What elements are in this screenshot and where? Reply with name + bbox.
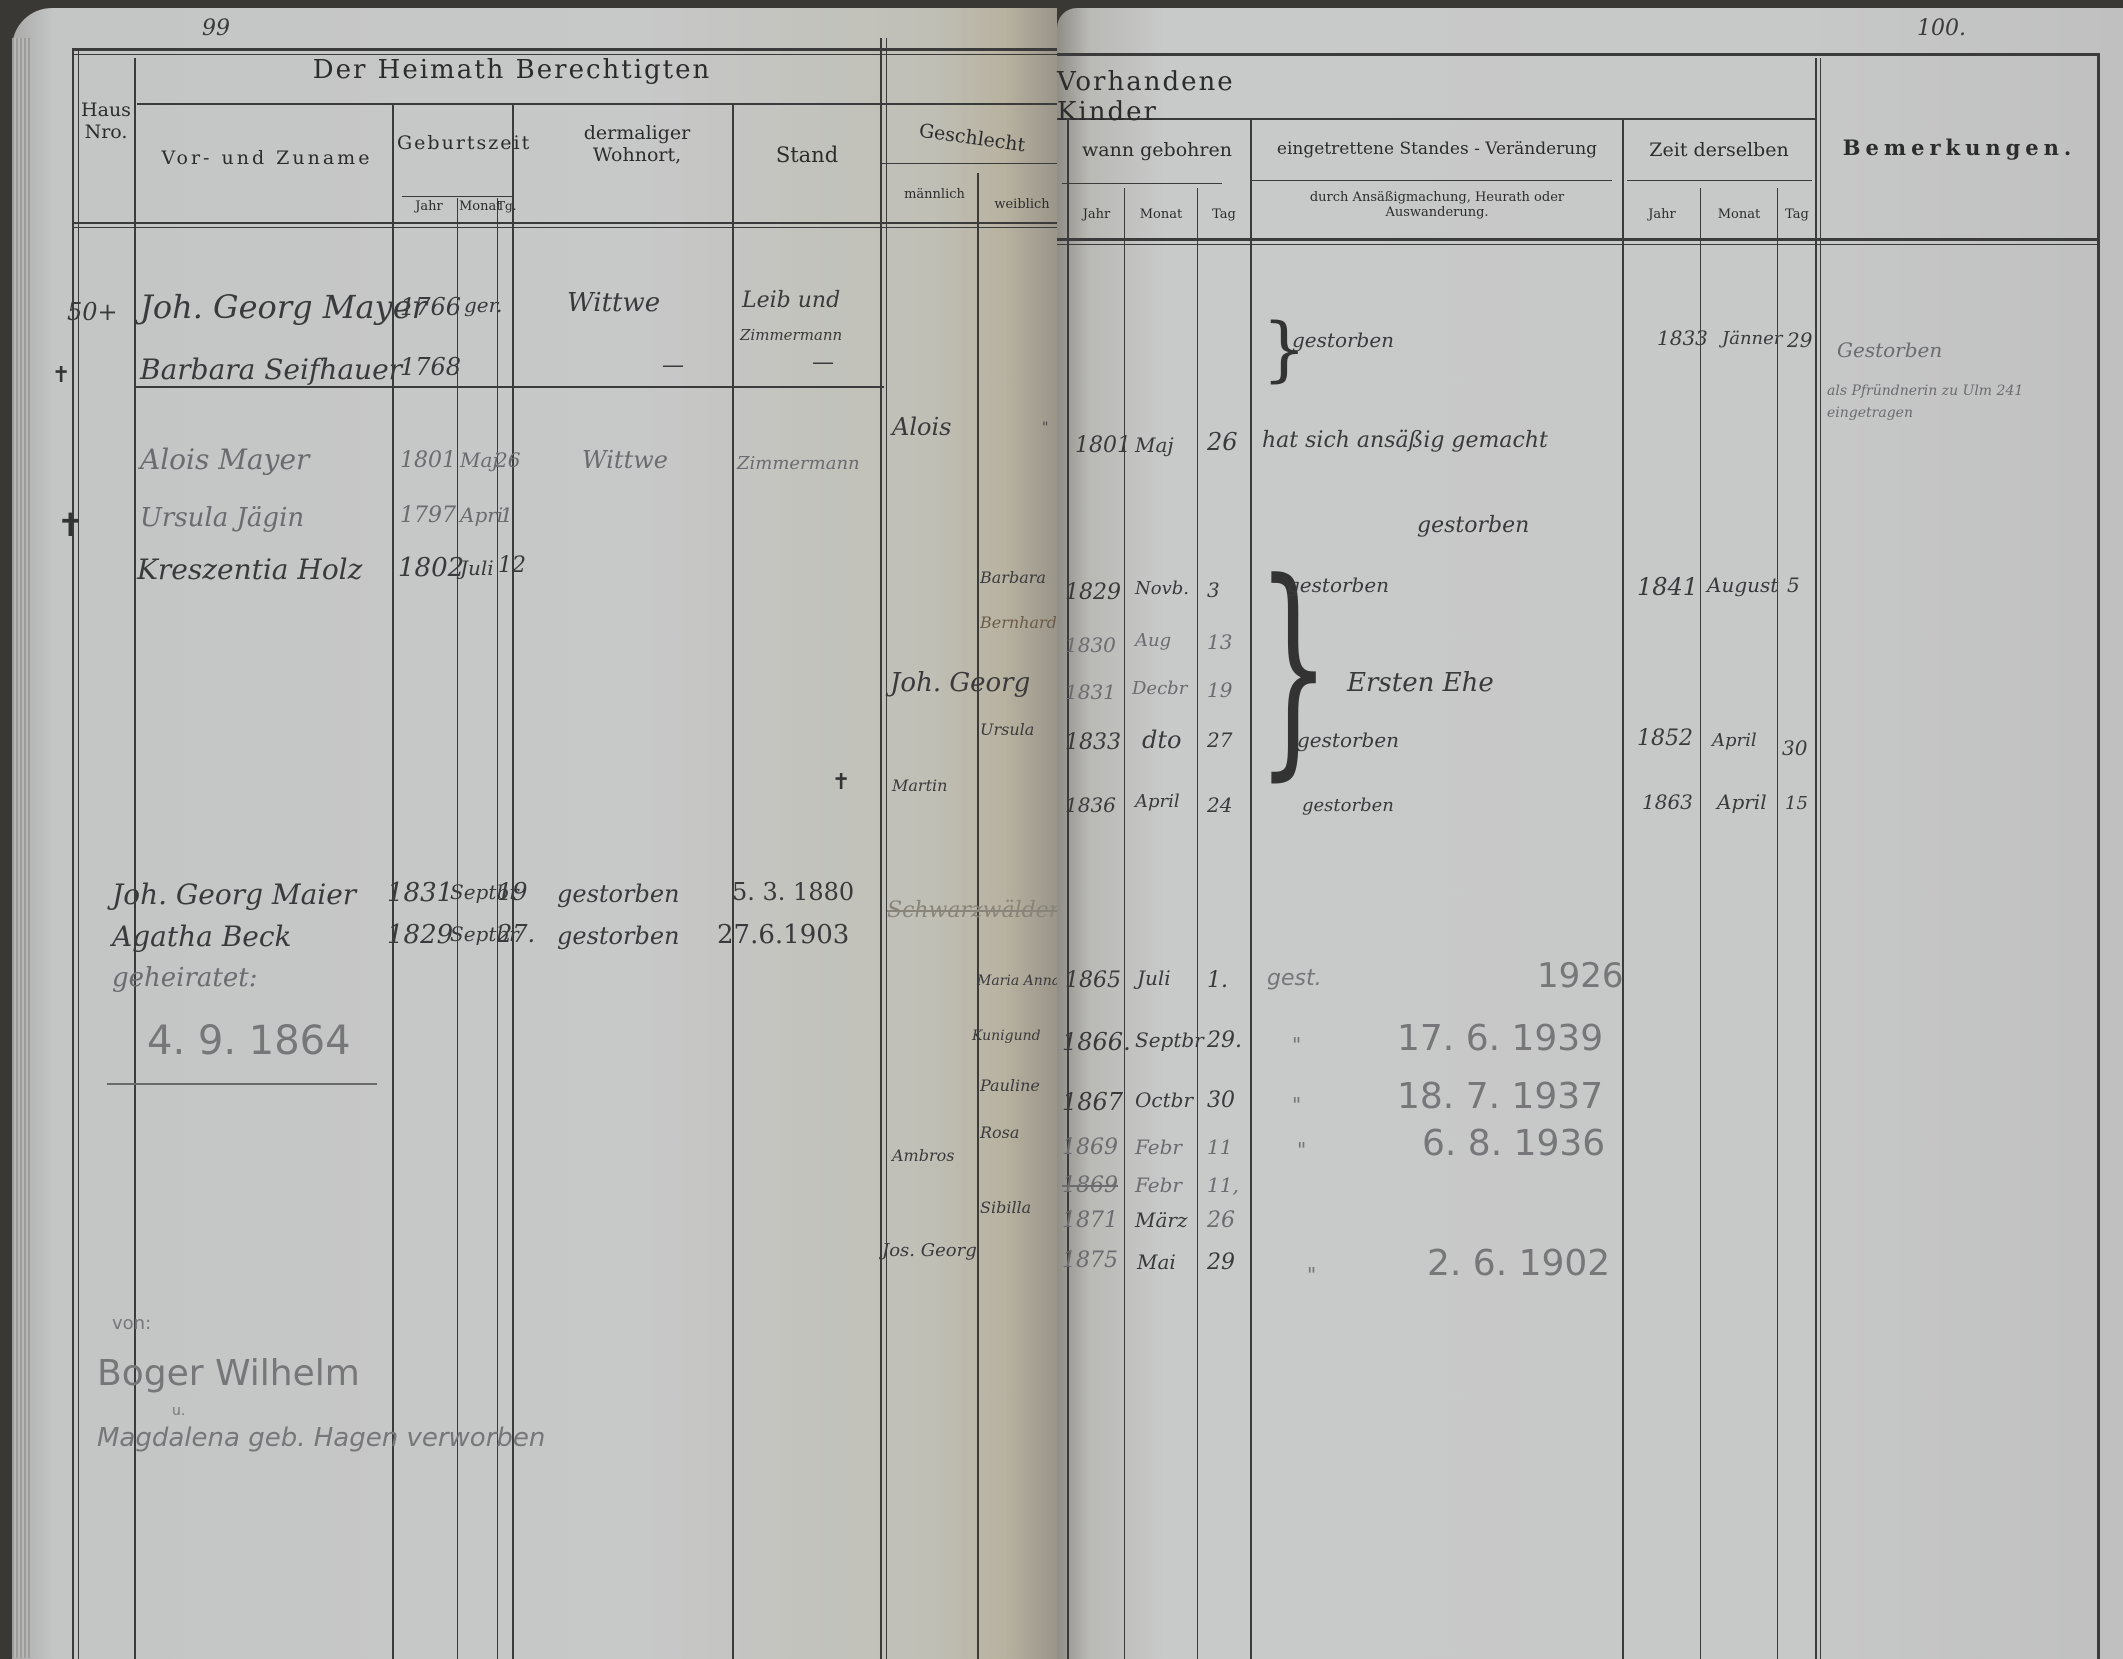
event-text: gestorben bbox=[1287, 573, 1389, 597]
event-date: 6. 8. 1936 bbox=[1422, 1123, 1605, 1164]
col-header-geschlecht: Geschlecht bbox=[891, 117, 1052, 161]
child-birth-day: 11, bbox=[1207, 1173, 1239, 1197]
col-header-haus-nro: Haus Nro. bbox=[78, 100, 134, 144]
child-birth-month: Decbr bbox=[1132, 678, 1187, 699]
event-year: 1833 bbox=[1657, 326, 1708, 350]
col-header-zeit-monat: Monat bbox=[1701, 208, 1777, 223]
entry-residence: Wittwe bbox=[582, 446, 668, 474]
pencil-note-line3: u. bbox=[172, 1403, 185, 1419]
entry-residence: gestorben bbox=[557, 922, 679, 950]
entry-name: Barbara Seifhauer bbox=[140, 353, 402, 386]
entry-residence: Wittwe bbox=[567, 288, 660, 318]
event-text: gest. bbox=[1267, 966, 1322, 991]
child-birth-day: 24 bbox=[1207, 793, 1232, 817]
entry-day: 1 bbox=[500, 503, 513, 527]
event-day: 5 bbox=[1787, 573, 1800, 597]
event-text: gestorben bbox=[1302, 795, 1394, 816]
child-birth-year-struck: 1869 bbox=[1062, 1173, 1118, 1198]
haus-number: 50+ bbox=[67, 298, 118, 326]
event-ditto: " bbox=[1307, 1263, 1316, 1287]
entry-name: Ursula Jägin bbox=[140, 503, 304, 533]
entry-year: 1831 bbox=[387, 878, 453, 908]
death-cross-icon: ✝ bbox=[52, 363, 70, 388]
entry-status-2: Zimmermann bbox=[740, 326, 842, 344]
entry-residence: — bbox=[662, 353, 684, 378]
entry-day: 19 bbox=[497, 878, 528, 906]
col-header-monat: Monat bbox=[459, 200, 497, 215]
col-header-name: Vor- und Zuname bbox=[152, 148, 382, 170]
group-header-heimath: Der Heimath Berechtigten bbox=[312, 56, 712, 86]
event-ditto: " bbox=[1292, 1033, 1301, 1057]
child-name-male: Jos. Georg bbox=[882, 1240, 977, 1261]
col-header-veraenderung-sub: durch Ansäßigmachung, Heurath oder Auswa… bbox=[1277, 191, 1597, 221]
death-cross-icon: ✝ bbox=[57, 506, 84, 544]
event-day: 15 bbox=[1785, 793, 1808, 814]
child-birth-year: 1866. bbox=[1062, 1028, 1131, 1056]
event-day: 29 bbox=[1787, 328, 1812, 352]
child-birth-month: Octbr bbox=[1135, 1088, 1193, 1112]
child-birth-month: Mai bbox=[1137, 1250, 1176, 1274]
child-name-female: Pauline bbox=[980, 1076, 1040, 1095]
child-birth-day: 13 bbox=[1207, 630, 1232, 654]
col-header-zeit-tag: Tag bbox=[1778, 208, 1816, 223]
remark-text: als Pfründnerin zu Ulm 241 eingetragen bbox=[1827, 380, 2087, 425]
child-birth-month: Septbr bbox=[1135, 1028, 1204, 1052]
event-month: Jänner bbox=[1722, 328, 1782, 349]
entry-status: 5. 3. 1880 bbox=[732, 878, 854, 906]
child-name-female: Rosa bbox=[980, 1123, 1019, 1142]
entry-year: 1829 bbox=[387, 920, 453, 950]
child-birth-month: Febr bbox=[1135, 1135, 1182, 1159]
left-page: 99 Der Heimath Berechtigten Haus Nro. Vo… bbox=[12, 8, 1057, 1659]
entry-month: ger. bbox=[464, 293, 502, 317]
child-birth-month: Aug bbox=[1135, 630, 1171, 651]
entry-year: 1766 bbox=[400, 293, 461, 321]
child-birth-year: 1867 bbox=[1062, 1088, 1123, 1116]
child-birth-day: 27 bbox=[1207, 728, 1232, 752]
child-birth-year: 1830 bbox=[1065, 633, 1116, 657]
group-header-kinder: Vorhandene Kinder bbox=[1057, 68, 1277, 128]
death-cross-icon: ✝ bbox=[832, 770, 850, 795]
event-text: gestorben bbox=[1297, 728, 1399, 752]
event-text: gestorben bbox=[1292, 328, 1394, 352]
event-day: 30 bbox=[1782, 736, 1807, 760]
page-stack-edge bbox=[12, 38, 32, 1658]
col-header-veraenderung: eingetrettene Standes - Veränderung bbox=[1252, 140, 1622, 160]
entry-name: Alois Mayer bbox=[140, 443, 309, 476]
child-birth-day: 3 bbox=[1207, 578, 1220, 602]
col-header-stand: Stand bbox=[752, 143, 862, 167]
child-birth-day: 11 bbox=[1207, 1135, 1232, 1159]
child-birth-month: März bbox=[1135, 1208, 1188, 1232]
event-month: April bbox=[1712, 730, 1757, 751]
event-month: April bbox=[1717, 790, 1767, 814]
entry-year: 1802 bbox=[398, 553, 464, 583]
right-page-number: 100. bbox=[1917, 16, 1966, 41]
event-year: 1852 bbox=[1637, 726, 1693, 751]
event-ditto: " bbox=[1297, 1138, 1306, 1162]
event-text: gestorben bbox=[1417, 513, 1529, 538]
entry-residence: gestorben bbox=[557, 880, 679, 908]
child-birth-month: Maj bbox=[1135, 433, 1174, 457]
event-year: 1841 bbox=[1637, 573, 1698, 601]
col-header-jahr: Jahr bbox=[404, 200, 454, 215]
col-header-maennlich: männlich bbox=[892, 188, 977, 203]
child-name-male: Ambros bbox=[892, 1146, 954, 1165]
event-date: 17. 6. 1939 bbox=[1397, 1018, 1603, 1059]
remark-text: Gestorben bbox=[1837, 338, 1942, 362]
pencil-note-line2: Boger Wilhelm bbox=[97, 1353, 360, 1394]
entry-status: Zimmermann bbox=[737, 453, 860, 474]
event-text: Ersten Ehe bbox=[1347, 668, 1494, 698]
right-page: 100. Vorhandene Kinder wann gebohren Jah… bbox=[1057, 8, 2123, 1659]
col-header-monat: Monat bbox=[1125, 208, 1197, 223]
marriage-date: 4. 9. 1864 bbox=[147, 1018, 351, 1064]
event-month: August bbox=[1707, 573, 1778, 597]
entry-year: 1797 bbox=[400, 503, 456, 528]
child-birth-month: Febr bbox=[1135, 1173, 1182, 1197]
entry-day: 27. bbox=[497, 920, 535, 948]
child-birth-month: Novb. bbox=[1135, 578, 1189, 599]
child-birth-day: 30 bbox=[1207, 1088, 1235, 1113]
open-register-book: 99 Der Heimath Berechtigten Haus Nro. Vo… bbox=[0, 0, 2123, 1659]
child-birth-year: 1801 bbox=[1075, 433, 1131, 458]
child-birth-day: 1. bbox=[1207, 968, 1228, 993]
col-header-zeit-jahr: Jahr bbox=[1624, 208, 1700, 223]
entry-month: Juli bbox=[460, 556, 494, 580]
child-name-female: Maria Anna bbox=[977, 973, 1060, 989]
col-header-jahr: Jahr bbox=[1069, 208, 1124, 223]
entry-name: Joh. Georg Maier bbox=[112, 878, 356, 911]
child-name-female: Bernhard bbox=[980, 613, 1057, 632]
col-header-geburtszeit: Geburtszeit bbox=[397, 133, 512, 155]
child-birth-day: 19 bbox=[1207, 678, 1232, 702]
child-name-female: Barbara bbox=[980, 568, 1046, 587]
child-birth-year: 1869 bbox=[1062, 1135, 1118, 1160]
event-date: 18. 7. 1937 bbox=[1397, 1076, 1603, 1117]
col-header-geboren: wann gebohren bbox=[1067, 140, 1247, 162]
entry-name: Kreszentia Holz bbox=[137, 553, 362, 586]
entry-name: Agatha Beck bbox=[112, 920, 292, 953]
child-birth-month: dto bbox=[1142, 726, 1181, 754]
left-page-number: 99 bbox=[202, 16, 230, 41]
entry-name: Joh. Georg Mayer bbox=[140, 288, 427, 326]
entry-year: 1768 bbox=[400, 353, 461, 381]
col-header-weiblich: weiblich bbox=[987, 198, 1057, 213]
col-header-bemerkungen: Bemerkungen. bbox=[1822, 136, 2097, 160]
col-header-tag: Tag bbox=[1198, 208, 1250, 223]
crossed-out-note: Schwarzwälder bbox=[887, 898, 1059, 923]
child-birth-day: 26 bbox=[1207, 1208, 1235, 1233]
child-birth-year: 1865 bbox=[1065, 968, 1121, 993]
event-year: 1863 bbox=[1642, 790, 1693, 814]
entry-day: 12 bbox=[498, 553, 526, 578]
event-date: 2. 6. 1902 bbox=[1427, 1243, 1610, 1284]
entry-status: — bbox=[812, 350, 834, 375]
child-birth-year: 1875 bbox=[1062, 1248, 1118, 1273]
col-header-wohnort: dermaliger Wohnort, bbox=[572, 123, 702, 167]
col-header-tag: Tg. bbox=[497, 200, 515, 214]
child-birth-year: 1831 bbox=[1065, 680, 1116, 704]
event-ditto: " bbox=[1292, 1093, 1301, 1117]
child-birth-month: April bbox=[1135, 791, 1180, 812]
child-name-female: Kunigund bbox=[972, 1028, 1041, 1044]
event-text: hat sich ansäßig gemacht bbox=[1262, 428, 1548, 453]
entry-status: 27.6.1903 bbox=[717, 920, 849, 950]
child-birth-year: 1833 bbox=[1065, 730, 1121, 755]
child-birth-day: 29. bbox=[1207, 1028, 1242, 1053]
entry-day: 26 bbox=[495, 448, 520, 472]
child-birth-day: 29 bbox=[1207, 1250, 1235, 1275]
pencil-note-line1: von: bbox=[112, 1313, 151, 1334]
child-name-male: Alois bbox=[892, 413, 951, 441]
child-birth-month: Juli bbox=[1137, 966, 1171, 990]
entry-year: 1801 bbox=[400, 448, 456, 473]
marriage-label: geheiratet: bbox=[112, 963, 257, 993]
child-birth-day: 26 bbox=[1207, 428, 1238, 456]
child-name-male: Martin bbox=[892, 776, 947, 795]
child-name-female: Ursula bbox=[980, 720, 1034, 739]
entry-status: Leib und bbox=[742, 288, 840, 313]
child-birth-year: 1836 bbox=[1065, 793, 1116, 817]
event-date: 1926 bbox=[1537, 956, 1624, 996]
child-name-female: Sibilla bbox=[980, 1198, 1031, 1217]
child-birth-year: 1829 bbox=[1065, 580, 1121, 605]
col-header-zeit: Zeit derselben bbox=[1624, 140, 1814, 162]
child-birth-year: 1871 bbox=[1062, 1208, 1118, 1233]
entry-month: Maj bbox=[460, 448, 499, 472]
child-name-male: Joh. Georg bbox=[890, 668, 1030, 698]
pencil-note-line4: Magdalena geb. Hagen verworben bbox=[97, 1423, 545, 1453]
